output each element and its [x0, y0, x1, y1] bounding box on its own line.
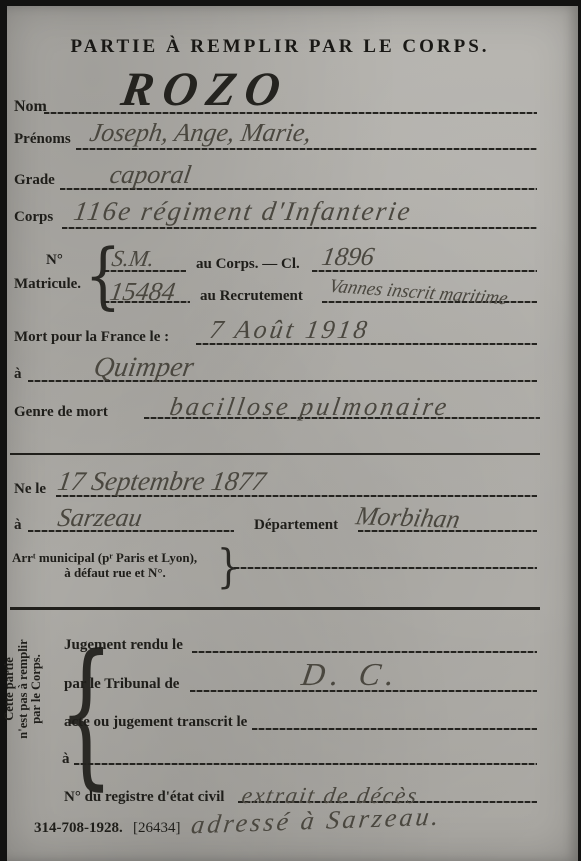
- registre-label: N° du registre d'état civil: [64, 789, 224, 806]
- mort-label: Mort pour la France le :: [14, 329, 169, 346]
- mort-value: 7 Août 1918: [208, 315, 372, 345]
- scanned-death-record: PARTIE À REMPLIR PAR LE CORPS. Nom ROZO …: [0, 0, 581, 861]
- transcription-line: [252, 728, 537, 730]
- nom-value: ROZO: [118, 62, 293, 117]
- naissance-date-label: Ne le: [14, 481, 46, 498]
- nom-label: Nom: [14, 98, 47, 116]
- prenoms-label: Prénoms: [14, 131, 71, 148]
- au-corps-label: au Corps. — Cl.: [196, 256, 300, 273]
- mort-lieu-value: Quimper: [91, 352, 196, 384]
- section-divider-bottom: [10, 607, 540, 610]
- tribunal-value: D. C.: [299, 656, 403, 693]
- sidebar-note: Cette partie n'est pas à remplir par le …: [3, 629, 45, 749]
- departement-value: Morbihan: [353, 501, 462, 535]
- naissance-lieu-label: à: [14, 517, 22, 534]
- arrondissement-label-line1: Arrᵗ municipal (pʳ Paris et Lyon),: [12, 550, 197, 566]
- jugement-label: Jugement rendu le: [64, 637, 183, 654]
- corps-label: Corps: [14, 209, 53, 226]
- sidebar-note-line1: Cette partie: [3, 629, 17, 749]
- corps-line: [62, 227, 537, 229]
- form-title: PARTIE À REMPLIR PAR LE CORPS.: [0, 36, 560, 58]
- arrondissement-line: [234, 567, 537, 569]
- corps-value: 116e régiment d'Infanterie: [72, 196, 415, 227]
- naissance-lieu-value: Sarzeau: [56, 503, 145, 533]
- section-divider-top: [10, 453, 540, 455]
- arrondissement-brace: }: [217, 543, 240, 589]
- genre-de-mort-label: Genre de mort: [14, 404, 108, 421]
- footer-imprint: 314-708-1928.: [34, 820, 123, 837]
- jugement-line: [192, 651, 537, 653]
- classe-value: 1896: [320, 242, 377, 272]
- matricule-recrutement-value: 15484: [108, 277, 178, 307]
- genre-de-mort-value: bacillose pulmonaire: [168, 392, 452, 422]
- prenoms-value: Joseph, Ange, Marie,: [88, 118, 314, 148]
- naissance-date-value: 17 Septembre 1877: [56, 466, 268, 497]
- matricule-corps-value: S.M.: [110, 246, 156, 272]
- transcription-label: acte ou jugement transcrit le: [64, 714, 247, 731]
- matricule-label-line1: N°: [46, 252, 63, 269]
- transcription-lieu-label: à: [62, 751, 70, 768]
- au-recrutement-label: au Recrutement: [200, 288, 303, 305]
- footer-reference: [26434]: [133, 820, 181, 837]
- prenoms-line: [76, 148, 537, 150]
- mort-lieu-label: à: [14, 366, 22, 383]
- matricule-label-line2: Matricule.: [14, 276, 81, 293]
- arrondissement-label-line2: à défaut rue et N°.: [30, 565, 200, 581]
- grade-value: caporal: [108, 160, 194, 190]
- sidebar-note-line2: n'est pas à remplir: [17, 629, 31, 749]
- sidebar-note-line3: par le Corps.: [30, 629, 44, 749]
- tribunal-label: par le Tribunal de: [64, 676, 179, 693]
- departement-label: Département: [254, 517, 338, 534]
- transcription-lieu-line: [74, 763, 537, 765]
- grade-label: Grade: [14, 172, 55, 189]
